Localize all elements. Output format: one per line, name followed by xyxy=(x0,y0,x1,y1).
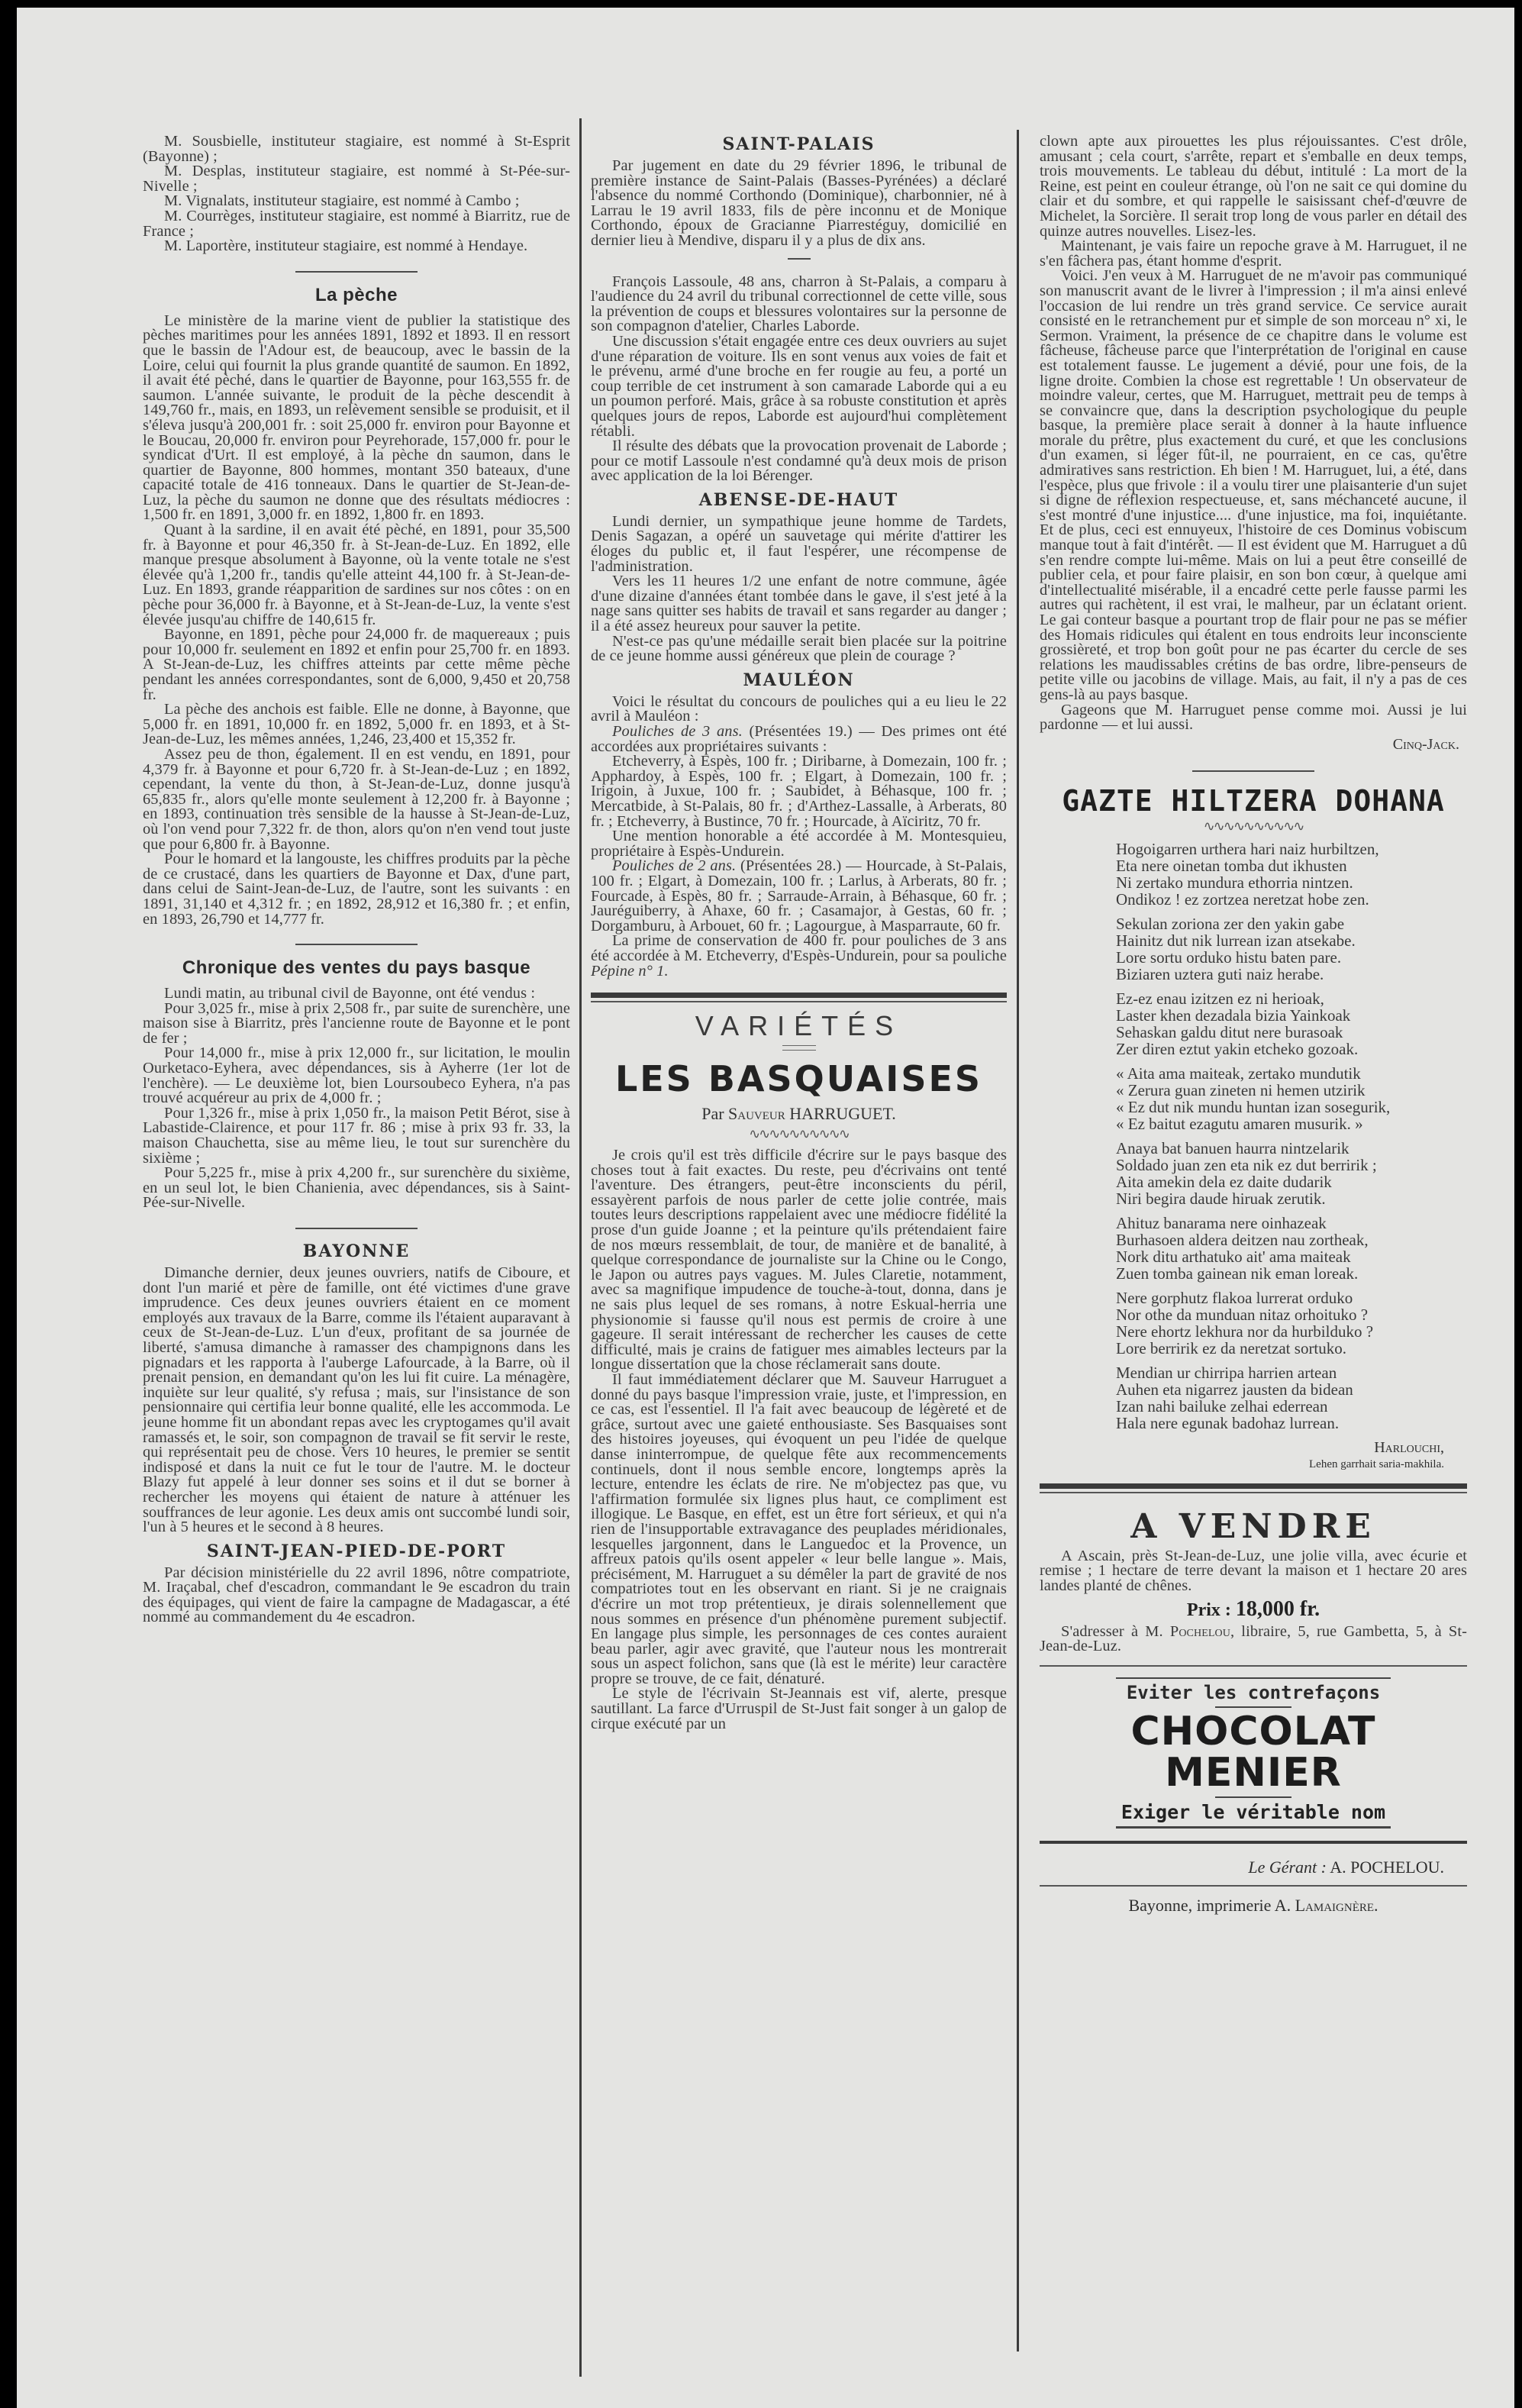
signature: Cinq-Jack. xyxy=(1040,736,1459,754)
column-2: SAINT-PALAIS Par jugement en date du 29 … xyxy=(591,134,1007,1732)
paragraph: François Lassoule, 48 ans, charron à St-… xyxy=(591,275,1007,334)
section-rule xyxy=(591,1001,1007,1002)
paragraph: Bayonne, en 1891, pèche pour 24,000 fr. … xyxy=(143,628,570,702)
paragraph: Etcheverry, à Espès, 100 fr. ; Diribarne… xyxy=(591,754,1007,829)
section-bar xyxy=(591,993,1007,998)
poem-line: Sekulan zoriona zer den yakin gabe xyxy=(1116,915,1467,932)
section-heading: VARIÉTÉS xyxy=(591,1010,1007,1042)
paragraph: Je crois qu'il est très difficile d'écri… xyxy=(591,1148,1007,1373)
poem-line: Auhen eta nigarrez jausten da bidean xyxy=(1116,1381,1467,1398)
poem-stanza: Ez-ez enau izitzen ez ni herioak,Laster … xyxy=(1116,990,1467,1057)
article-saint-jean-pied-de-port: SAINT-JEAN-PIED-DE-PORT Par décision min… xyxy=(143,1541,570,1625)
double-rule xyxy=(782,1045,816,1051)
ad-brand: MENIER xyxy=(1040,1752,1467,1793)
paragraph: Assez peu de thon, également. Il en est … xyxy=(143,747,570,852)
paragraph: Le style de l'écrivain St-Jeannais est v… xyxy=(591,1687,1007,1732)
poem-line: Ondikoz ! ez zortzea neretzat hobe zen. xyxy=(1116,891,1467,908)
newspaper-page: M. Sousbielle, instituteur stagiaire, es… xyxy=(17,8,1514,2408)
paragraph: Vers les 11 heures 1/2 une enfant de not… xyxy=(591,574,1007,634)
ad-text: A Ascain, près St-Jean-de-Luz, une jolie… xyxy=(1040,1549,1467,1594)
section-rule xyxy=(1040,1665,1467,1667)
paragraph: Voici. J'en veux à M. Harruguet de ne m'… xyxy=(1040,269,1467,702)
paragraph: Gageons que M. Harruguet pense comme moi… xyxy=(1040,703,1467,733)
wave-ornament: ∿∿∿∿∿∿∿∿∿∿ xyxy=(1040,821,1467,831)
poem-line: « Zerura guan zineten ni hemen utzirik xyxy=(1116,1082,1467,1099)
paragraph: La prime de conservation de 400 fr. pour… xyxy=(591,934,1007,979)
ad-brand: CHOCOLAT xyxy=(1040,1711,1467,1752)
article-saint-palais: SAINT-PALAIS Par jugement en date du 29 … xyxy=(591,134,1007,484)
paragraph: La pèche des anchois est faible. Elle ne… xyxy=(143,702,570,747)
paragraph: Par jugement en date du 29 février 1896,… xyxy=(591,159,1007,249)
poem-line: Ahituz banarama nere oinhazeak xyxy=(1116,1215,1467,1231)
divider xyxy=(1192,770,1314,772)
appointment-item: M. Courrèges, instituteur stagiaire, est… xyxy=(143,209,570,239)
article-title: ABENSE-DE-HAUT xyxy=(591,490,1007,510)
poem-line: Ni zertako mundura ethorria nintzen. xyxy=(1116,874,1467,891)
poem-stanza: Anaya bat banuen haurra nintzelarikSolda… xyxy=(1116,1140,1467,1207)
poem-line: Ez-ez enau izitzen ez ni herioak, xyxy=(1116,990,1467,1007)
paragraph: Il faut immédiatement déclarer que M. Sa… xyxy=(591,1373,1007,1687)
article-chronique-ventes: Chronique des ventes du pays basque Lund… xyxy=(143,957,570,1211)
divider xyxy=(295,1228,418,1229)
column-rule-left xyxy=(579,118,582,2377)
paragraph: Pour 3,025 fr., mise à prix 2,508 fr., p… xyxy=(143,1002,570,1047)
column-1: M. Sousbielle, instituteur stagiaire, es… xyxy=(143,134,570,1625)
poem-line: Zuen tomba gainean nik eman loreak. xyxy=(1116,1265,1467,1282)
poem-stanza: Nere gorphutz flakoa lurrerat ordukoNor … xyxy=(1116,1290,1467,1357)
poem-line: Izan nahi bailuke zelhai ederrean xyxy=(1116,1398,1467,1415)
ad-rule xyxy=(1116,1826,1391,1829)
feuilleton-continued: clown apte aux pirouettes les plus réjou… xyxy=(1040,134,1467,754)
article-title: SAINT-PALAIS xyxy=(591,134,1007,154)
gerant-line: Le Gérant : A. POCHELOU. xyxy=(1040,1858,1444,1877)
poem-line: Soldado juan zen eta nik ez dut berririk… xyxy=(1116,1157,1467,1173)
appointment-item: M. Sousbielle, instituteur stagiaire, es… xyxy=(143,134,570,164)
paragraph: Lundi dernier, un sympathique jeune homm… xyxy=(591,515,1007,574)
poem-line: Anaya bat banuen haurra nintzelarik xyxy=(1116,1140,1467,1157)
poem-title: GAZTE HILTZERA DOHANA xyxy=(1040,784,1467,818)
ad-rule xyxy=(1215,1796,1291,1798)
section-rule xyxy=(1040,1885,1467,1887)
poem-line: Aita amekin dela ez daite dudarik xyxy=(1116,1173,1467,1190)
paragraph: Pour 1,326 fr., mise à prix 1,050 fr., l… xyxy=(143,1106,570,1166)
poem-stanzas: Hogoigarren urthera hari naiz hurbiltzen… xyxy=(1040,841,1467,1432)
poem-stanza: « Aita ama maiteak, zertako mundutik« Ze… xyxy=(1116,1065,1467,1132)
ad-price: Prix : 18,000 fr. xyxy=(1040,1597,1467,1622)
paragraph: Une discussion s'était engagée entre ces… xyxy=(591,334,1007,439)
poem-line: Laster khen dezadala bizia Yainkoak xyxy=(1116,1007,1467,1024)
section-bar xyxy=(1040,1483,1467,1489)
article-title: SAINT-JEAN-PIED-DE-PORT xyxy=(143,1541,570,1561)
divider xyxy=(788,258,811,260)
column-3: clown apte aux pirouettes les plus réjou… xyxy=(1040,134,1467,1916)
article-title: MAULÉON xyxy=(591,670,1007,690)
article-mauleon: MAULÉON Voici le résultat du concours de… xyxy=(591,670,1007,979)
poem-line: Hogoigarren urthera hari naiz hurbiltzen… xyxy=(1116,841,1467,857)
paragraph: Quant à la sardine, il en avait été pèch… xyxy=(143,523,570,628)
poem-line: Lore sortu orduko histu baten pare. xyxy=(1116,949,1467,966)
paragraph: Dimanche dernier, deux jeunes ouvriers, … xyxy=(143,1266,570,1535)
paragraph: Par décision ministérielle du 22 avril 1… xyxy=(143,1566,570,1625)
poem-line: Hala nere egunak badohaz lurrean. xyxy=(1116,1415,1467,1432)
article-title: BAYONNE xyxy=(143,1241,570,1261)
paragraph: Pour 14,000 fr., mise à prix 12,000 fr.,… xyxy=(143,1046,570,1106)
column-rule-right xyxy=(1017,130,1019,2352)
poem-line: Eta nere oinetan tomba dut ikhusten xyxy=(1116,857,1467,874)
divider xyxy=(295,944,418,945)
article-title: Chronique des ventes du pays basque xyxy=(143,957,570,979)
section-rule xyxy=(1040,1492,1467,1493)
byline: Par Sauveur HARRUGUET. xyxy=(591,1104,1007,1124)
poem-line: Mendian ur chirripa harrien artean xyxy=(1116,1364,1467,1381)
article-title: La pèche xyxy=(143,285,570,306)
poem-line: Zer diren eztut yakin etcheko gozoak. xyxy=(1116,1041,1467,1057)
poem-line: Nor othe da munduan nitaz orhoituko ? xyxy=(1116,1306,1467,1323)
article-abense-de-haut: ABENSE-DE-HAUT Lundi dernier, un sympath… xyxy=(591,490,1007,664)
paragraph: Voici le résultat du concours de poulich… xyxy=(591,695,1007,725)
paragraph: Le ministère de la marine vient de publi… xyxy=(143,314,570,523)
paragraph: Pouliches de 2 ans. (Présentées 28.) — H… xyxy=(591,859,1007,934)
paragraph: Pouliches de 3 ans. (Présentées 19.) — D… xyxy=(591,725,1007,754)
poem-line: Nork ditu arthatuko ait' ama maiteak xyxy=(1116,1248,1467,1265)
ad-chocolat-menier: Eviter les contrefaçons CHOCOLAT MENIER … xyxy=(1040,1677,1467,1829)
paragraph: Lundi matin, au tribunal civil de Bayonn… xyxy=(143,986,570,1002)
poem-stanza: Ahituz banarama nere oinhazeakBurhasoen … xyxy=(1116,1215,1467,1282)
ad-a-vendre: A VENDRE A Ascain, près St-Jean-de-Luz, … xyxy=(1040,1507,1467,1654)
section-bar xyxy=(1040,1841,1467,1844)
poem-line: Biziaren uztera guti naiz herabe. xyxy=(1116,966,1467,983)
poem-stanza: Mendian ur chirripa harrien arteanAuhen … xyxy=(1116,1364,1467,1432)
divider xyxy=(295,271,418,273)
poem-line: « Ez dut nik mundu huntan izan sosegurik… xyxy=(1116,1099,1467,1115)
paragraph: N'est-ce pas qu'une médaille serait bien… xyxy=(591,634,1007,664)
poem-line: Lore berririk ez da neretzat sortuko. xyxy=(1116,1340,1467,1357)
article-title: LES BASQUAISES xyxy=(591,1058,1007,1099)
poem-stanza: Sekulan zoriona zer den yakin gabeHainit… xyxy=(1116,915,1467,983)
paragraph: clown apte aux pirouettes les plus réjou… xyxy=(1040,134,1467,239)
ad-contact: S'adresser à M. Pochelou, libraire, 5, r… xyxy=(1040,1625,1467,1654)
paragraph: Maintenant, je vais faire un repoche gra… xyxy=(1040,239,1467,269)
ad-rule xyxy=(1215,1706,1291,1708)
paragraph: Il résulte des débats que la provocation… xyxy=(591,439,1007,484)
poem: GAZTE HILTZERA DOHANA ∿∿∿∿∿∿∿∿∿∿ Hogoiga… xyxy=(1040,784,1467,1471)
appointments-list: M. Sousbielle, instituteur stagiaire, es… xyxy=(143,134,570,254)
poem-line: Sehaskan galdu ditut nere burasoak xyxy=(1116,1024,1467,1041)
paragraph: Pour le homard et la langouste, les chif… xyxy=(143,852,570,927)
ad-tagline: Exiger le véritable nom xyxy=(1040,1801,1467,1823)
appointment-item: M. Desplas, instituteur stagiaire, est n… xyxy=(143,164,570,194)
poem-line: Burhasoen aldera deitzen nau zortheak, xyxy=(1116,1231,1467,1248)
ad-title: A VENDRE xyxy=(1040,1507,1467,1546)
wave-ornament: ∿∿∿∿∿∿∿∿∿∿ xyxy=(591,1128,1007,1139)
poem-author: Harlouchi, Lehen garrhait saria-makhila. xyxy=(1040,1439,1444,1471)
article-bayonne: BAYONNE Dimanche dernier, deux jeunes ou… xyxy=(143,1241,570,1535)
poem-line: Hainitz dut nik lurrean izan atsekabe. xyxy=(1116,932,1467,949)
paragraph: Une mention honorable a été accordée à M… xyxy=(591,829,1007,859)
ad-warning: Eviter les contrefaçons xyxy=(1040,1682,1467,1703)
ad-rule xyxy=(1116,1677,1391,1679)
feuilleton-varietes: VARIÉTÉS LES BASQUAISES Par Sauveur HARR… xyxy=(591,1010,1007,1732)
poem-line: Nere gorphutz flakoa lurrerat orduko xyxy=(1116,1290,1467,1306)
paragraph: Pour 5,225 fr., mise à prix 4,200 fr., s… xyxy=(143,1166,570,1211)
poem-stanza: Hogoigarren urthera hari naiz hurbiltzen… xyxy=(1116,841,1467,908)
poem-line: « Ez baitut ezagutu amaren musurik. » xyxy=(1116,1115,1467,1132)
poem-line: Nere ehortz lekhura nor da hurbilduko ? xyxy=(1116,1323,1467,1340)
poem-line: « Aita ama maiteak, zertako mundutik xyxy=(1116,1065,1467,1082)
imprint-line: Bayonne, imprimerie A. Lamaignère. xyxy=(1040,1896,1467,1916)
poem-line: Niri begira daude hiruak zerutik. xyxy=(1116,1190,1467,1207)
appointment-item: M. Laportère, instituteur stagiaire, est… xyxy=(143,239,570,254)
article-la-peche: La pèche Le ministère de la marine vient… xyxy=(143,285,570,927)
